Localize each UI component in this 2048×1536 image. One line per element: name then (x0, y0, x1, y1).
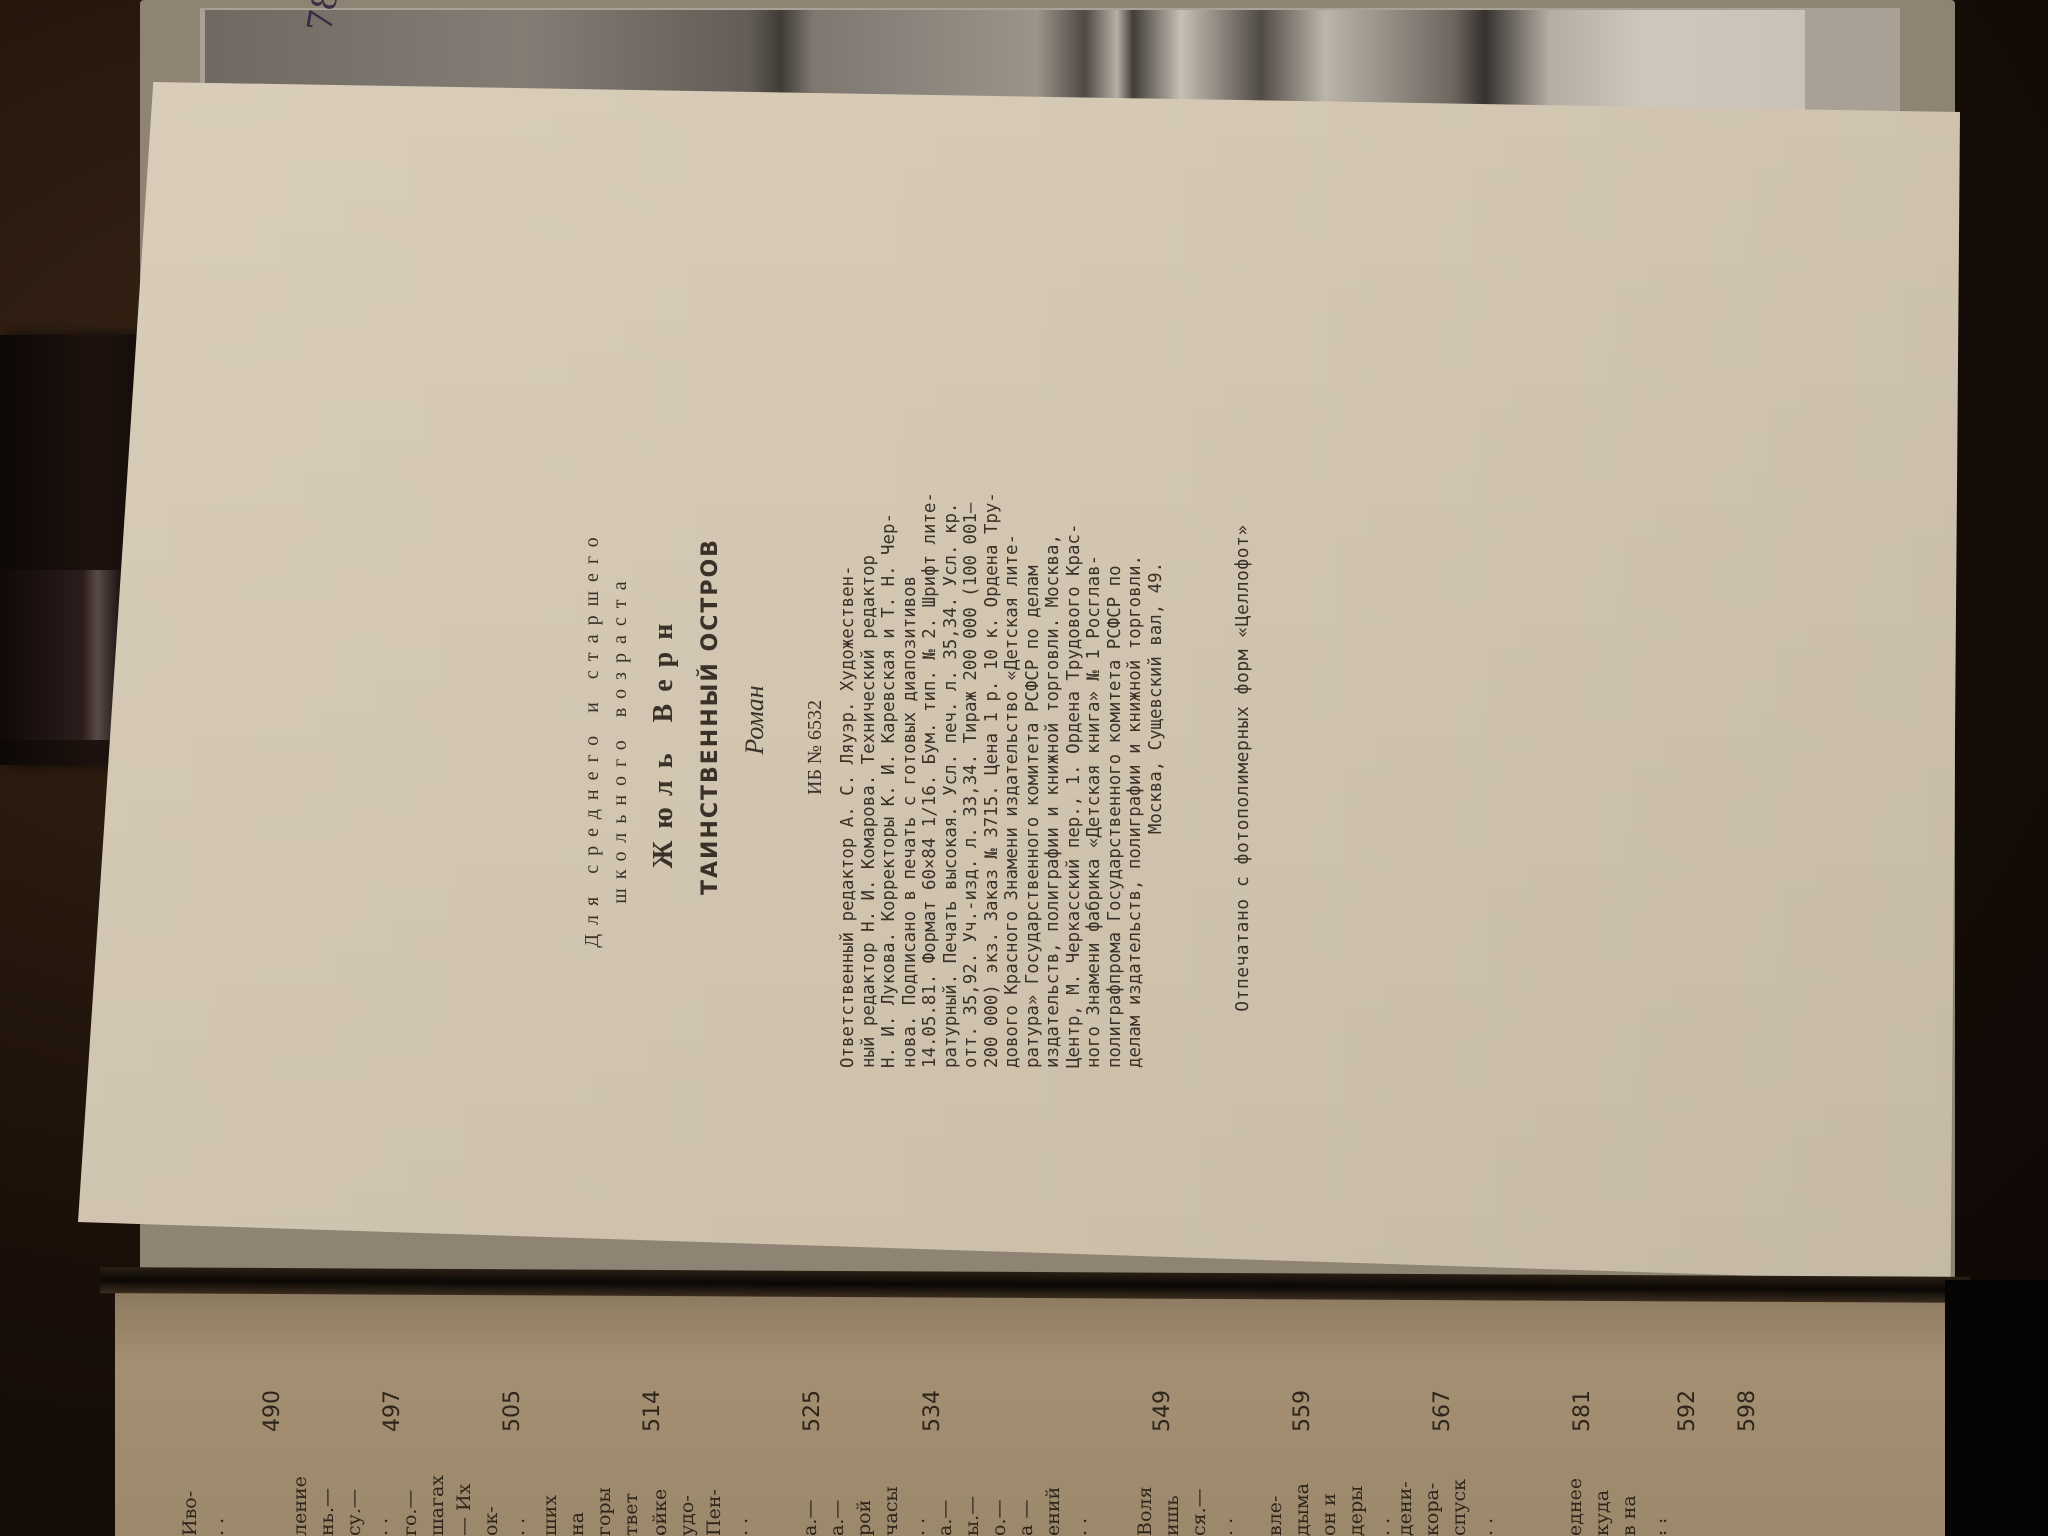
colophon-line: Н. И. Лукова. Корректоры К. И. Каревская… (879, 328, 900, 1068)
colophon-line: отт. 35,92. Уч.-изд. л. 33,34. Тираж 200… (961, 328, 982, 1068)
toc-fragment: а — (1016, 1500, 1036, 1536)
colophon-line: 200 000) экз. Заказ № 3715. Цена 1 р. 10… (982, 328, 1003, 1068)
toc-fragment: нь.— (317, 1488, 337, 1536)
toc-page-number: 567 (1430, 1390, 1455, 1432)
toc-fragment: о.— (989, 1500, 1009, 1536)
toc-fragment: ишь (1162, 1495, 1182, 1536)
audience-line-2: школьного возраста (606, 528, 634, 948)
toc-page-number: 559 (1290, 1390, 1315, 1432)
toc-page-number: 505 (500, 1390, 525, 1432)
toc-page-number: 598 (1735, 1390, 1760, 1432)
toc-page-number: 490 (260, 1390, 285, 1432)
toc-fragment: куда (1592, 1490, 1612, 1536)
genre-label: Роман (740, 660, 770, 780)
colophon-text: Ответственный редактор А. С. Ляуэр. Худо… (838, 328, 1166, 1068)
toc-fragment: а.— (827, 1500, 847, 1536)
colophon-line: нова. Подписано в печать с готовых диапо… (900, 328, 921, 1068)
toc-fragment: еднее (1565, 1478, 1585, 1536)
toc-fragment: . . (207, 1518, 227, 1536)
toc-fragment: . . (731, 1518, 751, 1536)
toc-fragment: . . (1216, 1518, 1236, 1536)
toc-page-number: 581 (1570, 1390, 1595, 1432)
toc-fragment: спуск (1449, 1479, 1469, 1536)
dark-edge (1945, 1280, 2048, 1536)
toc-fragment: . . (508, 1518, 528, 1536)
audience-note: Для среднего и старшего школьного возрас… (578, 528, 634, 948)
toc-fragment: он и (1319, 1493, 1339, 1536)
colophon-line: ратурный. Печать высокая. Усл. печ. л. 3… (941, 328, 962, 1068)
toc-fragment: рой (854, 1500, 874, 1536)
toc-fragment: Иво- (180, 1491, 200, 1536)
colophon-line: дового Красного Знамени издательство «Де… (1002, 328, 1023, 1068)
toc-fragment: горы (594, 1487, 614, 1536)
toc-fragment: . . (1373, 1518, 1393, 1536)
toc-fragment: . . (1070, 1518, 1090, 1536)
book-title: ТАИНСТВЕННЫЙ ОСТРОВ (698, 555, 723, 895)
colophon-line: Центр, М. Черкасский пер., 1. Ордена Тру… (1064, 328, 1085, 1068)
toc-page-number: 534 (920, 1390, 945, 1432)
toc-fragment: дени- (1395, 1481, 1415, 1536)
toc-fragment: кора- (1422, 1483, 1442, 1536)
toc-fragment: ок- (481, 1506, 501, 1536)
colophon-line: Ответственный редактор А. С. Ляуэр. Худо… (838, 328, 859, 1068)
toc-fragment: го.— (400, 1490, 420, 1536)
toc-fragment: . . (1650, 1518, 1670, 1536)
toc-fragment: твет (621, 1493, 641, 1536)
colophon-line: ный редактор Н. И. Комарова. Технический… (859, 328, 880, 1068)
toc-fragment: ы.— (962, 1496, 982, 1536)
toc-page-number: 592 (1675, 1390, 1700, 1432)
toc-fragment: в на (1619, 1495, 1639, 1536)
colophon-line: 14.05.81. Формат 60×84 1/16. Бум. тип. №… (920, 328, 941, 1068)
toc-fragment: а.— (800, 1500, 820, 1536)
colophon-line: Москва, Сущевский вал, 49. (1146, 328, 1167, 1068)
toc-fragment: часы (881, 1486, 901, 1536)
toc-fragment: . . (1476, 1518, 1496, 1536)
toc-fragment: Пен- (704, 1489, 724, 1536)
toc-fragment: . . (371, 1518, 391, 1536)
toc-fragment: ойке (650, 1489, 670, 1536)
toc-fragment: шагах (427, 1475, 447, 1536)
toc-fragment: удо- (677, 1495, 697, 1536)
colophon-line: ратура» Государственного комитета РСФСР … (1023, 328, 1044, 1068)
toc-fragment: ся.— (1189, 1488, 1209, 1536)
toc-fragment: а.— (935, 1500, 955, 1536)
toc-fragment: ление (290, 1476, 310, 1536)
author-name: Жюль Верн (648, 575, 680, 905)
toc-page-number: 549 (1150, 1390, 1175, 1432)
toc-fragment: на (567, 1512, 587, 1536)
colophon-line: полиграфпрома Государственного комитета … (1105, 328, 1126, 1068)
toc-fragment: . . (908, 1518, 928, 1536)
toc-fragment: вле- (1265, 1496, 1285, 1536)
colophon-line: издательств, полиграфии и книжной торгов… (1043, 328, 1064, 1068)
printed-note: Отпечатано с фотополимерных форм «Целлоф… (1232, 488, 1253, 1048)
toc-fragment: Воля (1135, 1487, 1155, 1536)
toc-fragment: су.— (344, 1489, 364, 1536)
toc-page-number: 514 (640, 1390, 665, 1432)
colophon-line: ного Знамени фабрика «Детская книга» № 1… (1084, 328, 1105, 1068)
toc-page-number: 525 (800, 1390, 825, 1432)
audience-line-1: Для среднего и старшего (578, 528, 606, 948)
ib-number: ИБ № 6532 (804, 705, 827, 795)
toc-fragment: ших (540, 1495, 560, 1536)
toc-fragment: дыма (1292, 1483, 1312, 1536)
toc-fragment: ений (1043, 1487, 1063, 1536)
colophon-line: делам издательств, полиграфии и книжной … (1125, 328, 1146, 1068)
toc-page-number: 497 (380, 1390, 405, 1432)
toc-fragment: — Их (454, 1484, 474, 1536)
toc-fragment: деры (1346, 1486, 1366, 1536)
